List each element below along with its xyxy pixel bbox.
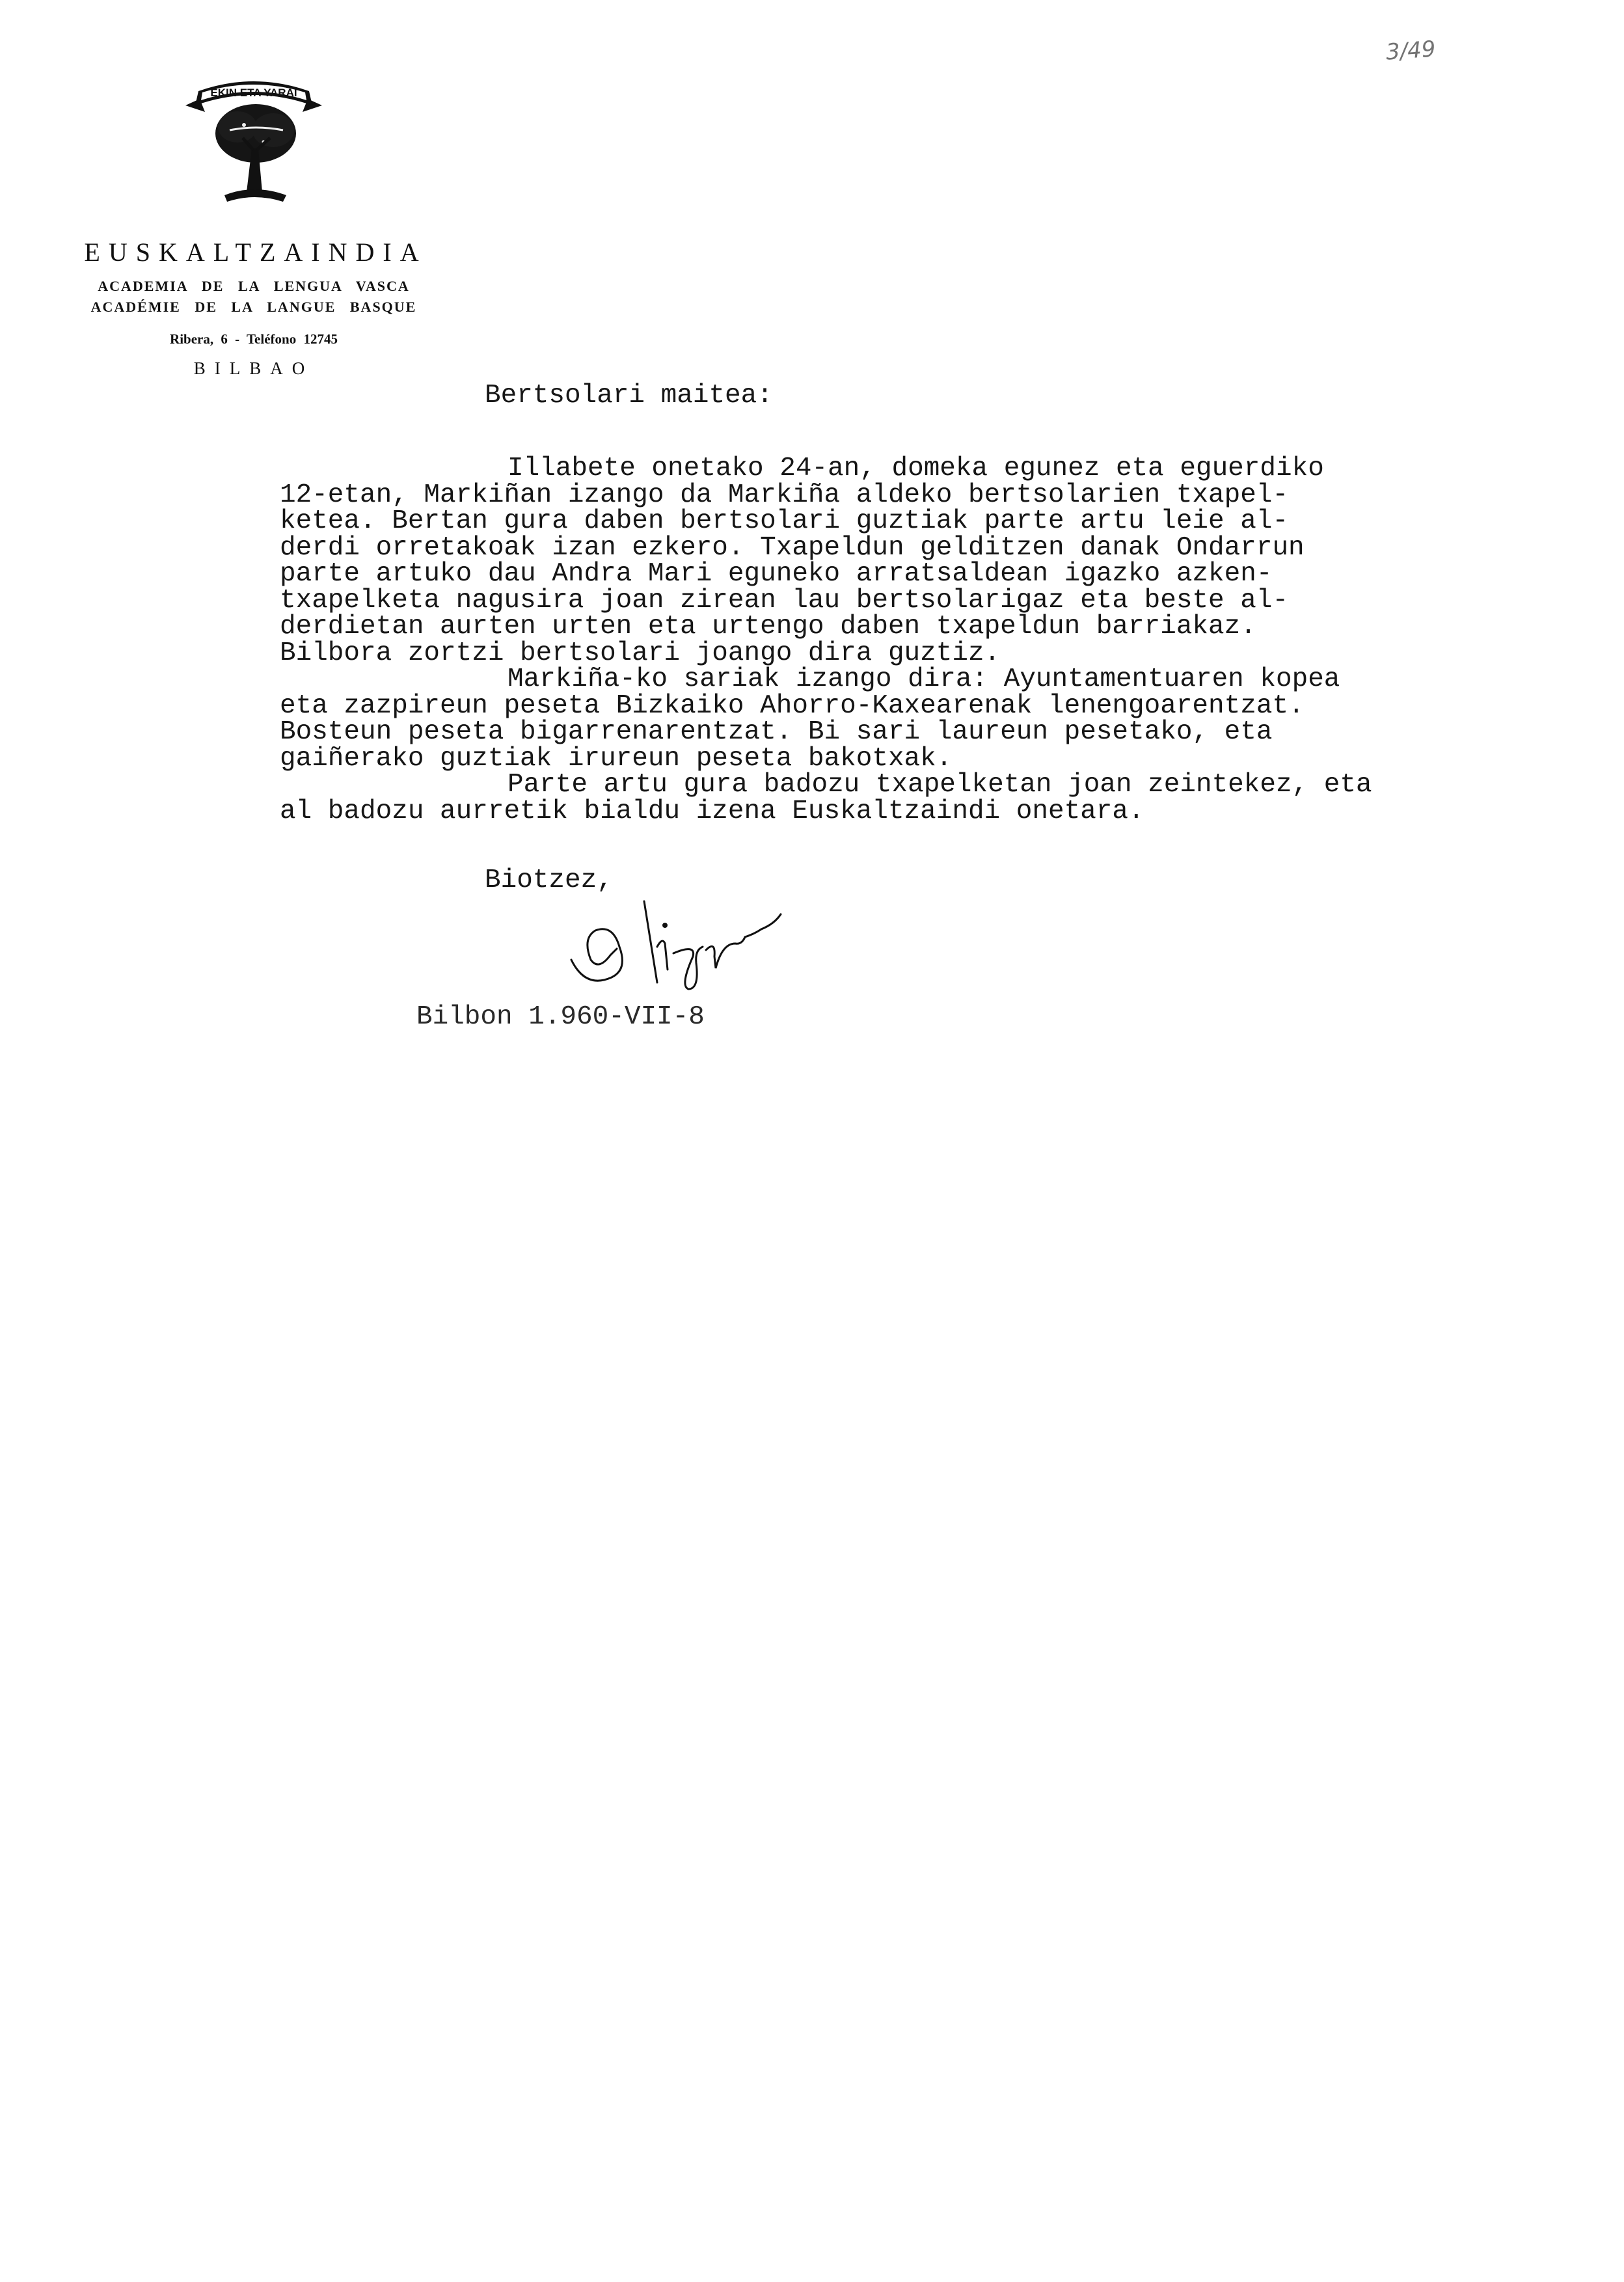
letter-page: EKIN ETA YARAI EUSKALTZAINDIA ACADEMIA D…	[0, 0, 1624, 2282]
letterhead: EUSKALTZAINDIA ACADEMIA DE LA LENGUA VAS…	[72, 236, 436, 381]
letter-body-line: eta zazpireun peseta Bizkaiko Ahorro-Kax…	[280, 693, 1372, 720]
letter-body-line: 12-etan, Markiñan izango da Markiña alde…	[280, 482, 1372, 509]
letter-body-line: Bilbora zortzi bertsolari joango dira gu…	[280, 640, 1372, 667]
letter-body-line: gaiñerako guztiak irureun peseta bakotxa…	[280, 746, 1372, 772]
signature-icon	[560, 898, 846, 1002]
letter-body-line: Markiña-ko sariak izango dira: Ayuntamen…	[280, 666, 1372, 693]
letter-body-line: Parte artu gura badozu txapelketan joan …	[280, 772, 1372, 798]
letter-dateline: Bilbon 1.960-VII-8	[416, 1002, 705, 1032]
institution-subtitle-spanish: ACADEMIA DE LA LENGUA VASCA	[72, 276, 436, 297]
emblem-motto: EKIN ETA YARAI	[210, 87, 297, 99]
letter-body-line: ketea. Bertan gura daben bertsolari guzt…	[280, 508, 1372, 535]
archive-mark: 3/49	[1385, 36, 1437, 65]
letter-body-line: al badozu aurretik bialdu izena Euskaltz…	[280, 798, 1372, 825]
institution-address: Ribera, 6 - Teléfono 12745	[72, 329, 436, 349]
euskaltzaindia-tree-emblem-icon: EKIN ETA YARAI	[179, 65, 329, 208]
institution-subtitle-french: ACADÉMIE DE LA LANGUE BASQUE	[72, 297, 436, 318]
letter-body-line: derdietan aurten urten eta urtengo daben…	[280, 614, 1372, 640]
letter-body-line: parte artuko dau Andra Mari eguneko arra…	[280, 561, 1372, 588]
institution-city: BILBAO	[72, 355, 436, 381]
letter-body-line: Bosteun peseta bigarrenarentzat. Bi sari…	[280, 719, 1372, 746]
letter-body: Illabete onetako 24-an, domeka egunez et…	[280, 455, 1372, 824]
letter-salutation: Bertsolari maitea:	[485, 381, 773, 411]
letter-body-line: txapelketa nagusira joan zirean lau bert…	[280, 588, 1372, 614]
letter-body-line: Illabete onetako 24-an, domeka egunez et…	[280, 455, 1372, 482]
letter-body-line: derdi orretakoak izan ezkero. Txapeldun …	[280, 535, 1372, 562]
letter-closing: Biotzez,	[485, 865, 613, 895]
institution-name: EUSKALTZAINDIA	[75, 236, 436, 269]
